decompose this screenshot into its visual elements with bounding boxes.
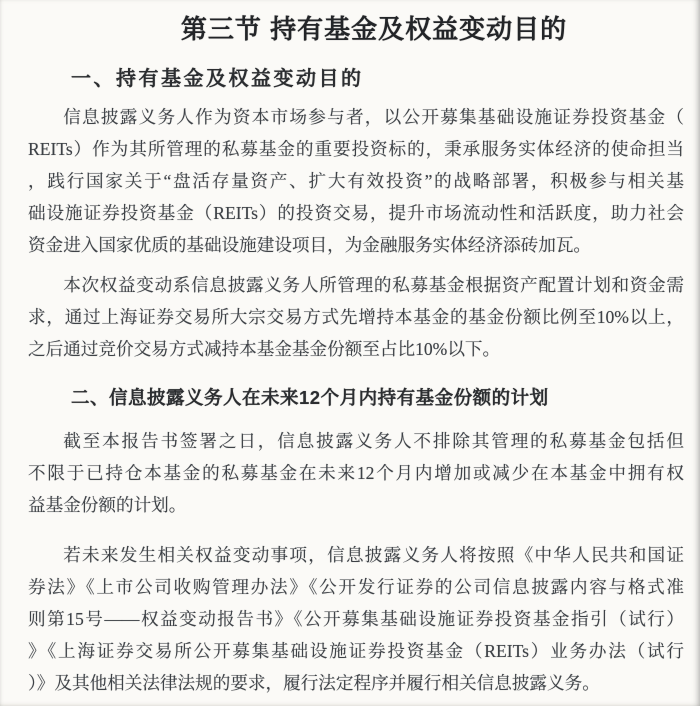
text-line: 不限于已持仓本基金的私募基金在未来12个月内增加或减少在本基金中拥有权 xyxy=(28,457,684,489)
text-line: 信息披露义务人作为资本市场参与者，以公开募集基础设施证券投资基金（ xyxy=(28,101,684,133)
section-2-heading: 二、信息披露义务人在未来12个月内持有基金份额的计划 xyxy=(71,388,549,408)
text-line: 本次权益变动系信息披露义务人所管理的私募基金根据资产配置计划和资金需 xyxy=(28,269,684,301)
text-line: REITs）作为其所管理的私募基金的重要投资标的，秉承服务实体经济的使命担当 xyxy=(28,133,684,165)
text-line: 础设施证券投资基金（REITs）的投资交易，提升市场流动性和活跃度，助力社会 xyxy=(28,197,684,229)
text-line: ，践行国家关于“盘活存量资产、扩大有效投资”的战略部署，积极参与相关基 xyxy=(28,165,684,197)
text-line: 资金进入国家优质的基础设施建设项目，为金融服务实体经济添砖加瓦。 xyxy=(28,229,684,261)
text-line: 》《上海证券交易所公开募集基础设施证券投资基金（REITs）业务办法（试行 xyxy=(28,635,684,667)
page-title: 第三节 持有基金及权益变动目的 xyxy=(0,13,700,45)
document-page: 第三节 持有基金及权益变动目的 一、持有基金及权益变动目的 信息披露义务人作为资… xyxy=(0,0,700,706)
section-2-paragraph-2: 若未来发生相关权益变动事项，信息披露义务人将按照《中华人民共和国证券法》《上市公… xyxy=(28,539,684,699)
text-line: 则第15号——权益变动报告书》《公开募集基础设施证券投资基金指引（试行） xyxy=(28,603,684,635)
section-1-paragraph-2: 本次权益变动系信息披露义务人所管理的私募基金根据资产配置计划和资金需求，通过上海… xyxy=(28,269,684,365)
text-line: 益基金份额的计划。 xyxy=(28,489,684,521)
text-line: 若未来发生相关权益变动事项，信息披露义务人将按照《中华人民共和国证 xyxy=(28,539,684,571)
section-1-paragraph-1: 信息披露义务人作为资本市场参与者，以公开募集基础设施证券投资基金（REITs）作… xyxy=(28,101,684,261)
text-line: 券法》《上市公司收购管理办法》《公开发行证券的公司信息披露内容与格式准 xyxy=(28,571,684,603)
text-line: 之后通过竞价交易方式减持本基金基金份额至占比10%以下。 xyxy=(28,333,684,365)
text-line: 求，通过上海证券交易所大宗交易方式先增持本基金的基金份额比例至10%以上， xyxy=(28,301,684,333)
text-line: ）》及其他相关法律法规的要求，履行法定程序并履行相关信息披露义务。 xyxy=(28,667,684,699)
section-2-paragraph-1: 截至本报告书签署之日，信息披露义务人不排除其管理的私募基金包括但不限于已持仓本基… xyxy=(28,425,684,521)
section-1-heading: 一、持有基金及权益变动目的 xyxy=(71,69,364,89)
text-line: 截至本报告书签署之日，信息披露义务人不排除其管理的私募基金包括但 xyxy=(28,425,684,457)
